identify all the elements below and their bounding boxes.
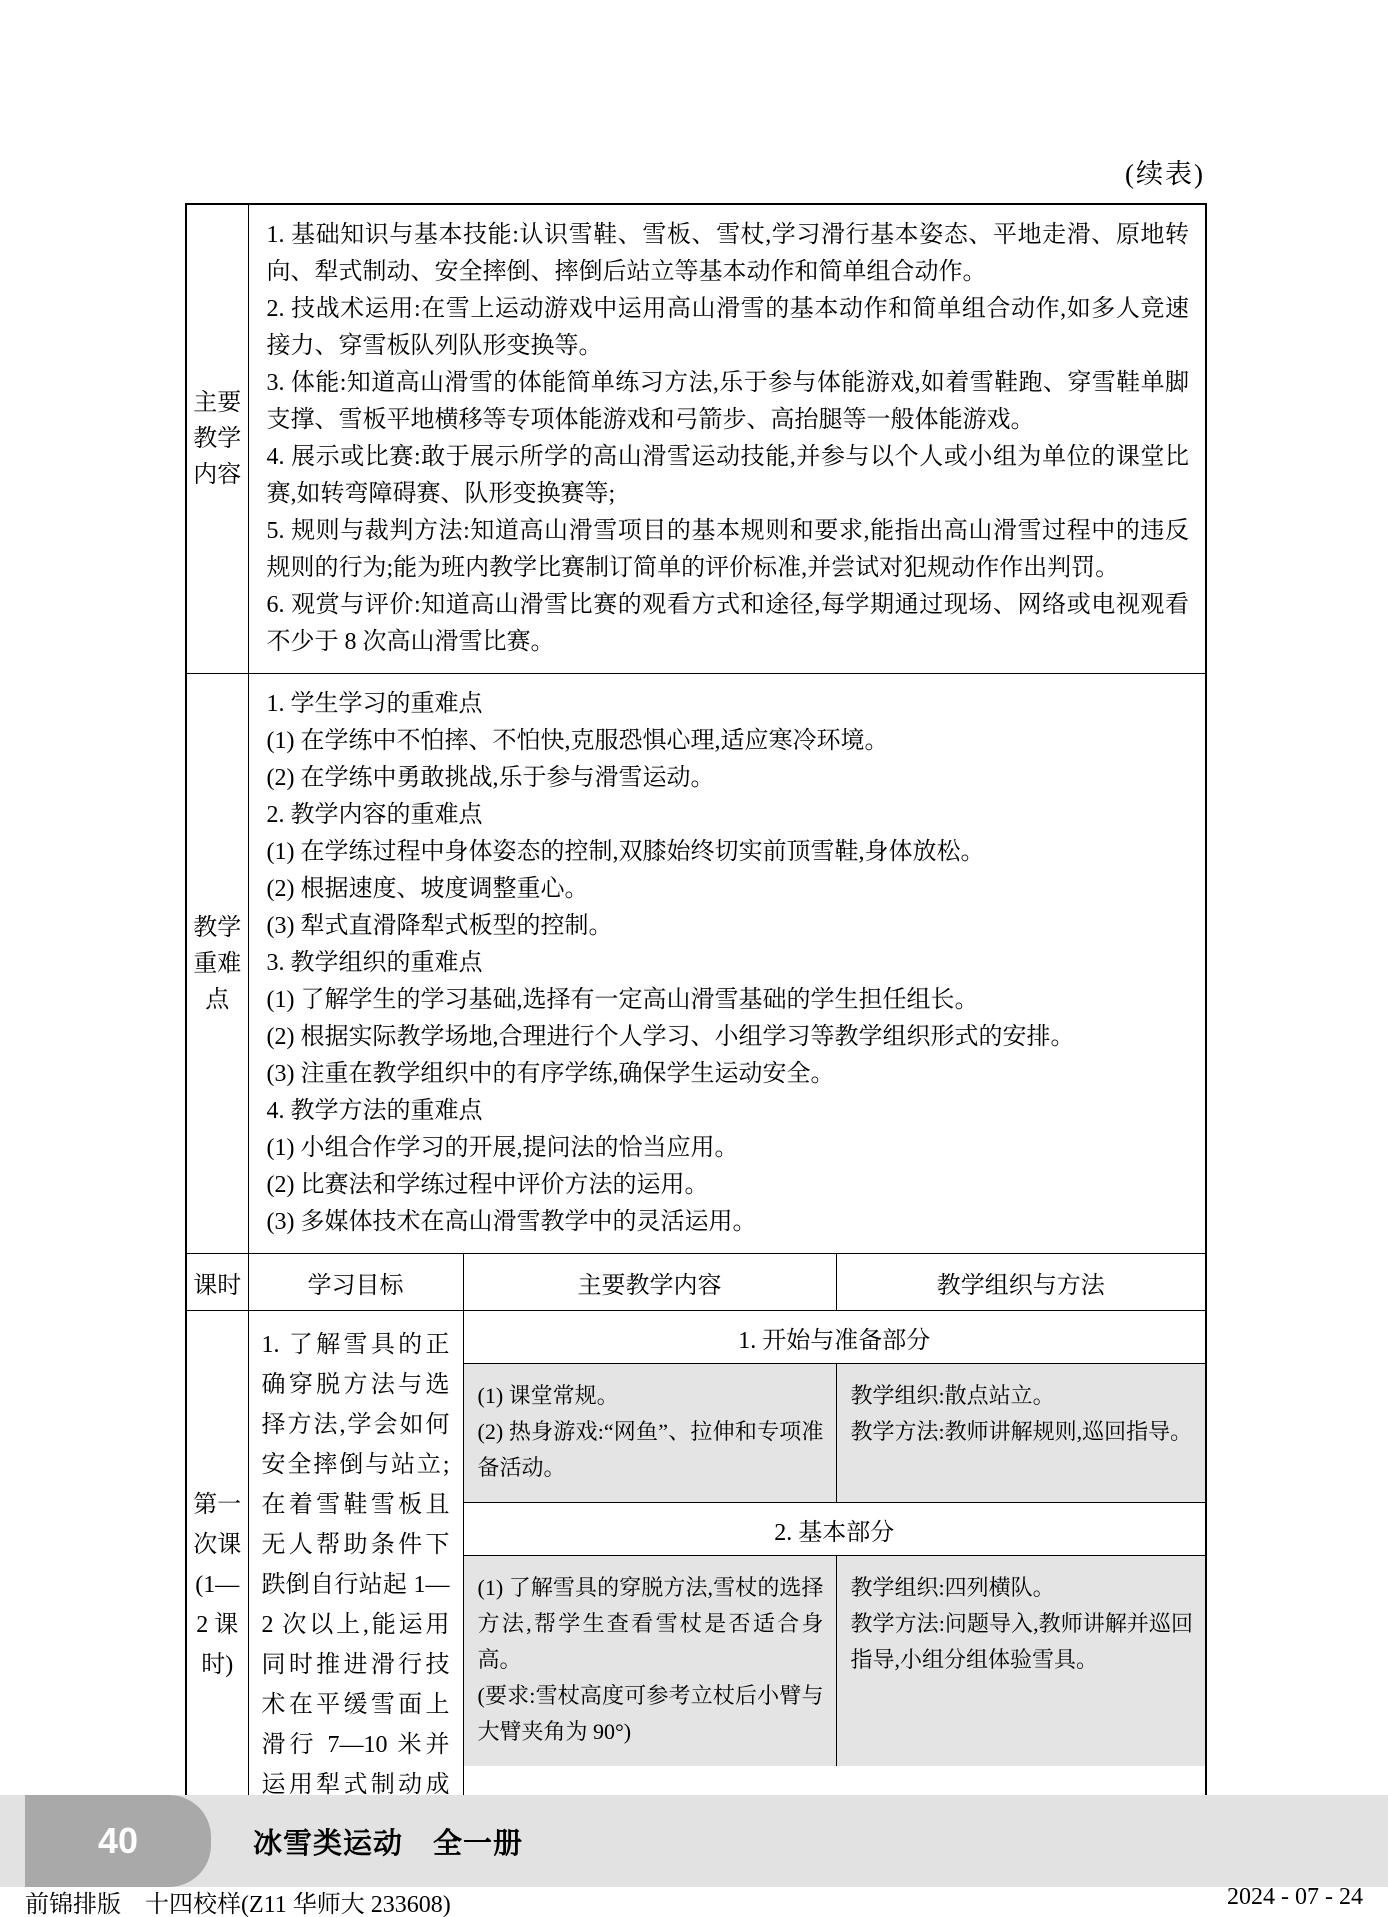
key-point-item: (3) 多媒体技术在高山滑雪教学中的灵活运用。 (267, 1204, 1190, 1241)
row-header-main-content: 主要 教学 内容 (186, 204, 248, 674)
table-row-key-points: 教学 重难 点 1. 学生学习的重难点 (1) 在学练中不怕摔、不怕快,克服恐惧… (186, 674, 1206, 1254)
part2-title: 2. 基本部分 (464, 1503, 1206, 1556)
table-column-header-row: 课时 学习目标 主要教学内容 教学组织与方法 (186, 1254, 1206, 1311)
key-point-item: (1) 了解学生的学习基础,选择有一定高山滑雪基础的学生担任组长。 (267, 982, 1190, 1019)
print-date: 2024 - 07 - 24 (1227, 1884, 1363, 1917)
key-points-cell: 1. 学生学习的重难点 (1) 在学练中不怕摔、不怕快,克服恐惧心理,适应寒冷环… (248, 674, 1206, 1254)
main-content-item: 5. 规则与裁判方法:知道高山滑雪项目的基本规则和要求,能指出高山滑雪过程中的违… (267, 513, 1190, 587)
main-content-item: 3. 体能:知道高山滑雪的体能简单练习方法,乐于参与体能游戏,如着雪鞋跑、穿雪鞋… (267, 365, 1190, 439)
page-number-tab: 40 (25, 1795, 211, 1887)
main-content-item: 4. 展示或比赛:敢于展示所学的高山滑雪运动技能,并参与以个人或小组为单位的课堂… (267, 439, 1190, 513)
key-point-item: (2) 在学练中勇敢挑战,乐于参与滑雪运动。 (267, 760, 1190, 797)
column-header-lesson: 课时 (186, 1254, 248, 1311)
table-row-main-content: 主要 教学 内容 1. 基础知识与基本技能:认识雪鞋、雪板、雪杖,学习滑行基本姿… (186, 204, 1206, 674)
key-point-item: 4. 教学方法的重难点 (267, 1093, 1190, 1130)
lesson-detail-cell: 1. 开始与准备部分 (1) 课堂常规。 (2) 热身游戏:“网鱼”、拉伸和专项… (463, 1311, 1206, 1861)
key-point-item: (1) 小组合作学习的开展,提问法的恰当应用。 (267, 1130, 1190, 1167)
learning-objectives-cell: 1. 了解雪具的正确穿脱方法与选择方法,学会如何安全摔倒与站立;在着雪鞋雪板且无… (248, 1311, 463, 1861)
part1-title: 1. 开始与准备部分 (464, 1311, 1206, 1364)
table-row-lesson-1: 第一 次课 (1— 2 课 时) 1. 了解雪具的正确穿脱方法与选择方法,学会如… (186, 1311, 1206, 1861)
part2-content-cell: (1) 了解雪具的穿脱方法,雪杖的选择方法,帮学生查看雪杖是否适合身高。 (要求… (464, 1556, 837, 1766)
column-header-objectives: 学习目标 (248, 1254, 463, 1311)
main-content-item: 6. 观赏与评价:知道高山滑雪比赛的观看方式和途径,每学期通过现场、网络或电视观… (267, 587, 1190, 661)
part1-method-cell: 教学组织:散点站立。 教学方法:教师讲解规则,巡回指导。 (837, 1364, 1206, 1502)
key-point-item: 1. 学生学习的重难点 (267, 686, 1190, 723)
book-title: 冰雪类运动 全一册 (253, 1795, 523, 1887)
part1-content-cell: (1) 课堂常规。 (2) 热身游戏:“网鱼”、拉伸和专项准备活动。 (464, 1364, 837, 1502)
key-point-item: (1) 在学练中不怕摔、不怕快,克服恐惧心理,适应寒冷环境。 (267, 723, 1190, 760)
print-info: 前锦排版 十四校样(Z11 华师大 233608) (25, 1884, 451, 1917)
lesson-plan-table: 主要 教学 内容 1. 基础知识与基本技能:认识雪鞋、雪板、雪杖,学习滑行基本姿… (185, 203, 1207, 1861)
part2-row: (1) 了解雪具的穿脱方法,雪杖的选择方法,帮学生查看雪杖是否适合身高。 (要求… (464, 1556, 1206, 1766)
key-point-item: (2) 根据实际教学场地,合理进行个人学习、小组学习等教学组织形式的安排。 (267, 1019, 1190, 1056)
print-info-line: 前锦排版 十四校样(Z11 华师大 233608) 2024 - 07 - 24 (25, 1884, 1363, 1917)
lesson-number-cell: 第一 次课 (1— 2 课 时) (186, 1311, 248, 1861)
key-point-item: 3. 教学组织的重难点 (267, 945, 1190, 982)
key-point-item: (1) 在学练过程中身体姿态的控制,双膝始终切实前顶雪鞋,身体放松。 (267, 834, 1190, 871)
part1-row: (1) 课堂常规。 (2) 热身游戏:“网鱼”、拉伸和专项准备活动。 教学组织:… (464, 1364, 1206, 1503)
document-page: (续表) 主要 教学 内容 1. 基础知识与基本技能:认识雪鞋、雪板、雪杖,学习… (0, 0, 1388, 1917)
key-point-item: (2) 比赛法和学练过程中评价方法的运用。 (267, 1167, 1190, 1204)
continued-table-label: (续表) (1125, 152, 1205, 191)
main-content-cell: 1. 基础知识与基本技能:认识雪鞋、雪板、雪杖,学习滑行基本姿态、平地走滑、原地… (248, 204, 1206, 674)
column-header-organization: 教学组织与方法 (836, 1254, 1206, 1311)
part2-method-cell: 教学组织:四列横队。 教学方法:问题导入,教师讲解并巡回指导,小组分组体验雪具。 (837, 1556, 1206, 1766)
page-number: 40 (98, 1820, 138, 1862)
key-point-item: 2. 教学内容的重难点 (267, 797, 1190, 834)
main-content-item: 2. 技战术运用:在雪上运动游戏中运用高山滑雪的基本动作和简单组合动作,如多人竞… (267, 291, 1190, 365)
row-header-key-points: 教学 重难 点 (186, 674, 248, 1254)
key-point-item: (2) 根据速度、坡度调整重心。 (267, 871, 1190, 908)
column-header-teaching-content: 主要教学内容 (463, 1254, 836, 1311)
key-point-item: (3) 犁式直滑降犁式板型的控制。 (267, 908, 1190, 945)
main-content-item: 1. 基础知识与基本技能:认识雪鞋、雪板、雪杖,学习滑行基本姿态、平地走滑、原地… (267, 217, 1190, 291)
key-point-item: (3) 注重在教学组织中的有序学练,确保学生运动安全。 (267, 1056, 1190, 1093)
